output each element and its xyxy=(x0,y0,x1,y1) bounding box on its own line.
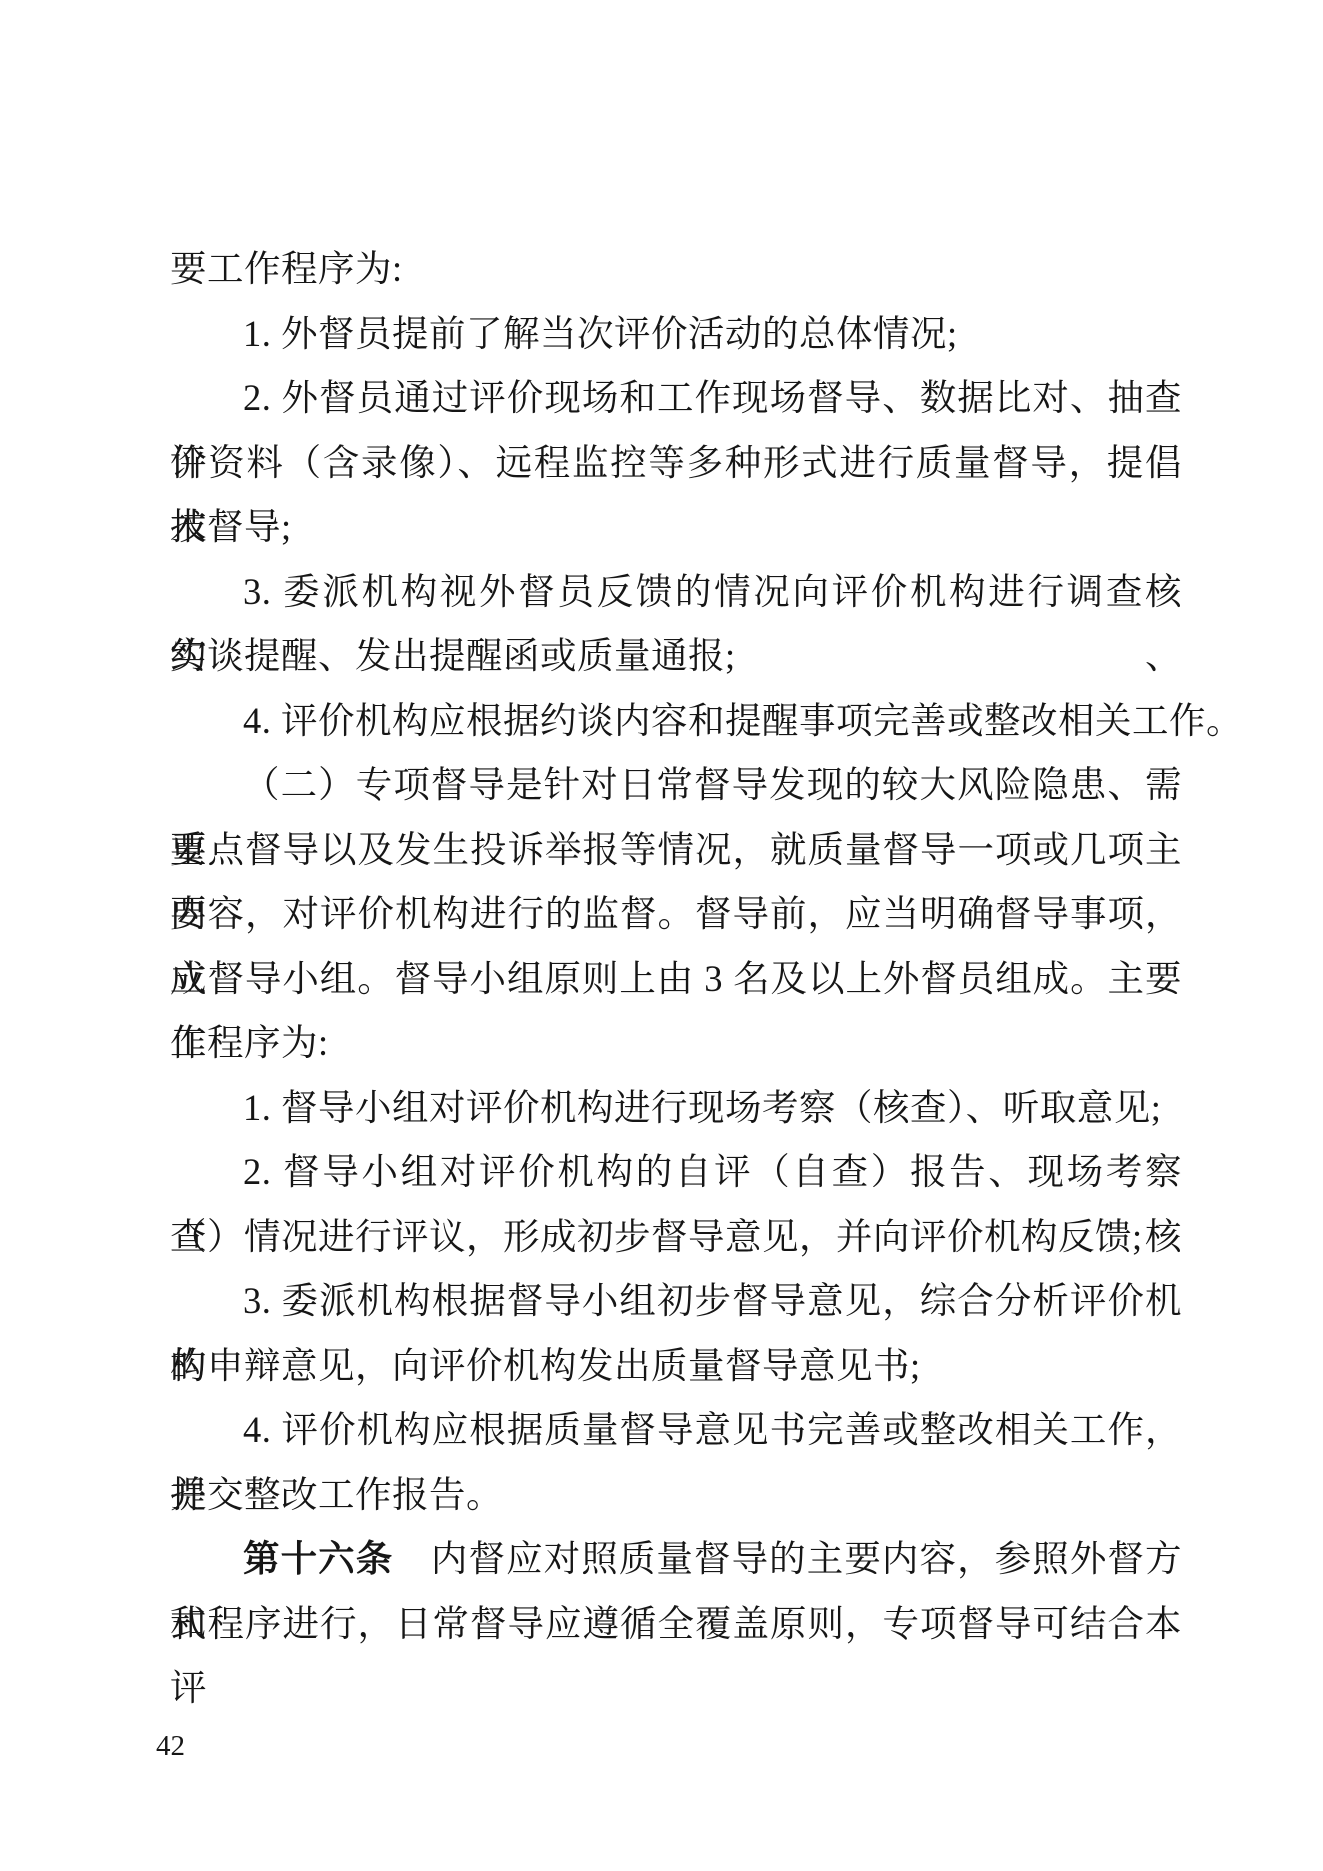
text-line: 查）情况进行评议，形成初步督导意见，并向评价机构反馈; xyxy=(170,1205,1182,1270)
text-line: 2. 外督员通过评价现场和工作现场督导、数据比对、抽查评 xyxy=(170,366,1182,431)
text-run: 提交整改工作报告。 xyxy=(170,1474,503,1515)
text-block: 要工作程序为:1. 外督员提前了解当次评价活动的总体情况;2. 外督员通过评价现… xyxy=(170,237,1182,1656)
text-run: 的申辩意见，向评价机构发出质量督导意见书; xyxy=(170,1345,921,1386)
text-run: 作程序为: xyxy=(170,1022,329,1063)
text-line: 和程序进行，日常督导应遵循全覆盖原则，专项督导可结合本评 xyxy=(170,1592,1182,1657)
text-line: 内容，对评价机构进行的监督。督导前，应当明确督导事项，成 xyxy=(170,882,1182,947)
text-line: 3. 委派机构根据督导小组初步督导意见，综合分析评价机构 xyxy=(170,1269,1182,1334)
text-run: 查）情况进行评议，形成初步督导意见，并向评价机构反馈; xyxy=(170,1216,1143,1257)
text-line: 价资料（含录像）、远程监控等多种形式进行质量督导，提倡技 xyxy=(170,431,1182,496)
text-line: 要工作程序为: xyxy=(170,237,1182,302)
text-run: 约谈提醒、发出提醒函或质量通报; xyxy=(170,635,736,676)
text-line: 1. 外督员提前了解当次评价活动的总体情况; xyxy=(170,302,1182,367)
text-line: 第十六条 内督应对照质量督导的主要内容，参照外督方式 xyxy=(170,1527,1182,1592)
text-run: 要工作程序为: xyxy=(170,248,403,289)
text-line: 重点督导以及发生投诉举报等情况，就质量督导一项或几项主要 xyxy=(170,818,1182,883)
text-line: 提交整改工作报告。 xyxy=(170,1463,1182,1528)
text-run: 术督导; xyxy=(170,506,292,547)
article-number: 第十六条 xyxy=(243,1538,393,1579)
text-line: 的申辩意见，向评价机构发出质量督导意见书; xyxy=(170,1334,1182,1399)
text-run: 4. 评价机构应根据约谈内容和提醒事项完善或整改相关工作。 xyxy=(243,700,1243,741)
text-line: 作程序为: xyxy=(170,1011,1182,1076)
text-run: 1. 督导小组对评价机构进行现场考察（核查）、听取意见; xyxy=(243,1087,1161,1128)
text-line: 4. 评价机构应根据质量督导意见书完善或整改相关工作，并 xyxy=(170,1398,1182,1463)
page-number: 42 xyxy=(156,1730,185,1762)
text-line: 3. 委派机构视外督员反馈的情况向评价机构进行调查核实、 xyxy=(170,560,1182,625)
text-line: （二）专项督导是针对日常督导发现的较大风险隐患、需要 xyxy=(170,753,1182,818)
text-run: 和程序进行，日常督导应遵循全覆盖原则，专项督导可结合本评 xyxy=(170,1603,1182,1709)
text-line: 1. 督导小组对评价机构进行现场考察（核查）、听取意见; xyxy=(170,1076,1182,1141)
text-run: 1. 外督员提前了解当次评价活动的总体情况; xyxy=(243,313,958,354)
text-line: 术督导; xyxy=(170,495,1182,560)
text-line: 4. 评价机构应根据约谈内容和提醒事项完善或整改相关工作。 xyxy=(170,689,1182,754)
text-line: 立督导小组。督导小组原则上由 3 名及以上外督员组成。主要工 xyxy=(170,947,1182,1012)
text-line: 2. 督导小组对评价机构的自评（自查）报告、现场考察（核 xyxy=(170,1140,1182,1205)
document-page: 要工作程序为:1. 外督员提前了解当次评价活动的总体情况;2. 外督员通过评价现… xyxy=(0,0,1323,1871)
